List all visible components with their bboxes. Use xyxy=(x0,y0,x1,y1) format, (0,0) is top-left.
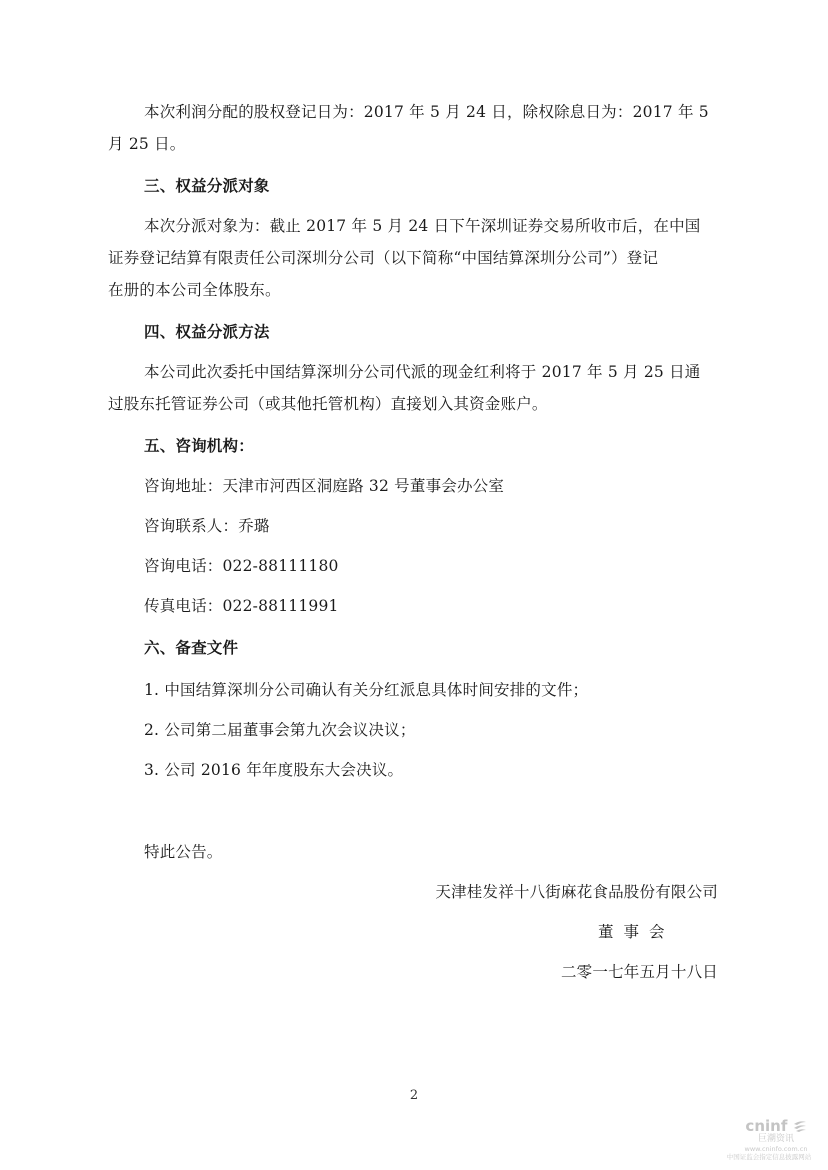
contact-address: 咨询地址：天津市河西区洞庭路 32 号董事会办公室 xyxy=(144,476,504,496)
distribution-targets-text: 本次分派对象为：截止 2017 年 5 月 24 日下午深圳证券交易所收市后，在… xyxy=(144,216,701,236)
contact-fax: 传真电话：022-88111991 xyxy=(144,596,339,616)
reference-file-item: 3. 公司 2016 年年度股东大会决议。 xyxy=(144,760,403,780)
document-page: 本次利润分配的股权登记日为：2017 年 5 月 24 日，除权除息日为：201… xyxy=(0,0,828,1170)
section-heading-distribution-targets: 三、权益分派对象 xyxy=(144,176,270,196)
record-date-text-cont: 月 25 日。 xyxy=(108,134,185,154)
record-date-text: 本次利润分配的股权登记日为：2017 年 5 月 24 日，除权除息日为：201… xyxy=(144,102,709,122)
signature-company: 天津桂发祥十八街麻花食品股份有限公司 xyxy=(435,882,718,902)
distribution-targets-text-end: 在册的本公司全体股东。 xyxy=(108,280,281,300)
reference-file-item: 2. 公司第二届董事会第九次会议决议； xyxy=(144,720,416,740)
reference-file-item: 1. 中国结算深圳分公司确认有关分红派息具体时间安排的文件； xyxy=(144,680,588,700)
cninfo-logo-text: cninf xyxy=(745,1117,787,1135)
contact-phone: 咨询电话：022-88111180 xyxy=(144,556,339,576)
section-heading-contact: 五、咨询机构： xyxy=(144,436,254,456)
distribution-targets-text-cont: 证券登记结算有限责任公司深圳分公司（以下简称“中国结算深圳分公司”）登记 xyxy=(108,248,658,268)
signature-board: 董事会 xyxy=(598,922,675,942)
signature-date: 二零一七年五月十八日 xyxy=(561,962,718,982)
cninfo-watermark: cninf 巨潮资讯 www.cninfo.com.cn 中国证监会指定信息披露… xyxy=(726,1118,826,1161)
cninfo-swoosh-icon xyxy=(793,1120,807,1132)
section-heading-reference-files: 六、备查文件 xyxy=(144,638,238,658)
page-number: 2 xyxy=(0,1088,828,1103)
cninfo-url: www.cninfo.com.cn xyxy=(726,1145,826,1153)
closing-statement: 特此公告。 xyxy=(144,842,223,862)
cninfo-name: 巨潮资讯 xyxy=(726,1134,826,1145)
distribution-method-text-cont: 过股东托管证券公司（或其他托管机构）直接划入其资金账户。 xyxy=(108,394,548,414)
contact-person: 咨询联系人：乔璐 xyxy=(144,516,270,536)
section-heading-distribution-method: 四、权益分派方法 xyxy=(144,322,270,342)
distribution-method-text: 本公司此次委托中国结算深圳分公司代派的现金红利将于 2017 年 5 月 25 … xyxy=(144,362,701,382)
cninfo-logo: cninf xyxy=(726,1118,826,1134)
cninfo-description: 中国证监会指定信息披露网站 xyxy=(712,1153,826,1161)
